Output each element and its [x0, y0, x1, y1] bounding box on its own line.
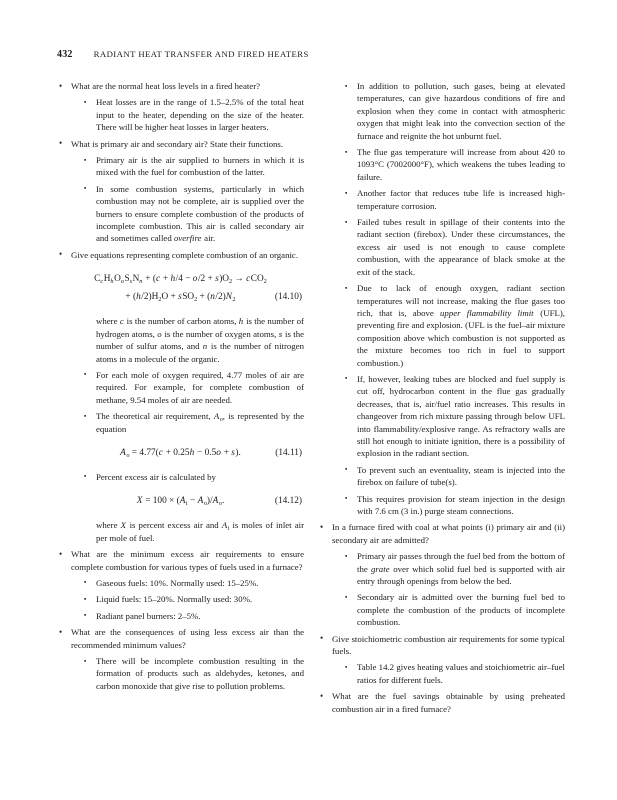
two-column-body: •What are the normal heat loss levels in… — [57, 76, 572, 715]
question-text: What is primary air and secondary air? S… — [71, 139, 283, 149]
bullet-icon: ▪ — [84, 183, 86, 195]
answer-text: If, however, leaking tubes are blocked a… — [357, 374, 565, 458]
equation-number: (14.11) — [275, 444, 302, 462]
question-text: What are the consequences of using less … — [71, 627, 304, 649]
answer-item: ▪Secondary air is admitted over the burn… — [344, 591, 565, 628]
bullet-icon: • — [320, 521, 323, 533]
bullet-icon: ▪ — [84, 411, 86, 423]
answer-item: ▪Failed tubes result in spillage of thei… — [344, 216, 565, 278]
question-text: What are the fuel savings obtainable by … — [332, 691, 565, 713]
answer-item: ▪Due to lack of enough oxygen, radiant s… — [344, 282, 565, 369]
answer-item: ▪For each mole of oxygen required, 4.77 … — [83, 369, 304, 406]
answer-item: ▪Radiant panel burners: 2–5%. — [83, 610, 304, 622]
answer-text: This requires provision for steam inject… — [357, 494, 565, 516]
answer-item: ▪Table 14.2 gives heating values and sto… — [344, 661, 565, 686]
bullet-icon: ▪ — [84, 97, 86, 109]
answer-text: Gaseous fuels: 10%. Normally used: 15–25… — [96, 578, 258, 588]
bullet-icon: ▪ — [84, 577, 86, 589]
bullet-icon: • — [59, 248, 62, 260]
bullet-icon: ▪ — [84, 594, 86, 606]
bullet-icon: ▪ — [84, 155, 86, 167]
bullet-icon: ▪ — [345, 464, 347, 476]
answer-text: Radiant panel burners: 2–5%. — [96, 611, 201, 621]
answer-text: Table 14.2 gives heating values and stoi… — [357, 662, 565, 684]
answer-text: For each mole of oxygen required, 4.77 m… — [96, 370, 304, 405]
bullet-icon: ▪ — [345, 493, 347, 505]
question-text: Give equations representing complete com… — [71, 250, 298, 260]
answer-item: ▪Heat losses are in the range of 1.5–2.5… — [83, 96, 304, 133]
bullet-icon: ▪ — [345, 373, 347, 385]
answer-text: To prevent such an eventuality, steam is… — [357, 465, 565, 487]
bullet-icon: ▪ — [84, 471, 86, 483]
question-item: •Give equations representing complete co… — [57, 249, 304, 261]
answer-item: ▪Another factor that reduces tube life i… — [344, 187, 565, 212]
answer-text: In addition to pollution, such gases, be… — [357, 81, 565, 141]
question-item: •What are the fuel savings obtainable by… — [318, 690, 565, 715]
bullet-icon: ▪ — [84, 369, 86, 381]
bullet-icon: ▪ — [84, 656, 86, 668]
question-text: Give stoichiometric combustion air requi… — [332, 634, 565, 656]
bullet-icon: ▪ — [345, 592, 347, 604]
answer-text: There will be incomplete combustion resu… — [96, 656, 304, 691]
equation-line: Ao = 4.77(c + 0.25h − 0.5o + s).(14.11) — [57, 444, 304, 462]
answer-text: Primary air passes through the fuel bed … — [357, 551, 565, 586]
page-header: 432RADIANT HEAT TRANSFER AND FIRED HEATE… — [57, 44, 572, 62]
answer-item: ▪In addition to pollution, such gases, b… — [344, 80, 565, 142]
explanation-note: where c is the number of carbon atoms, h… — [96, 315, 304, 365]
answer-item: ▪The theoretical air requirement, Ao, is… — [83, 410, 304, 435]
answer-text: In some combustion systems, particularly… — [96, 184, 304, 244]
question-item: •In a furnace fired with coal at what po… — [318, 521, 565, 546]
answer-text: Heat losses are in the range of 1.5–2.5%… — [96, 97, 304, 132]
answer-item: ▪To prevent such an eventuality, steam i… — [344, 464, 565, 489]
equation-block: CcHhOoSsNn + (c + h/4 − o/2 + s)O2 → cCO… — [57, 270, 304, 306]
bullet-icon: ▪ — [345, 551, 347, 563]
answer-item: ▪If, however, leaking tubes are blocked … — [344, 373, 565, 460]
answer-text: Primary air is the air supplied to burne… — [96, 155, 304, 177]
bullet-icon: ▪ — [345, 662, 347, 674]
question-item: •What is primary air and secondary air? … — [57, 138, 304, 150]
right-column: ▪In addition to pollution, such gases, b… — [318, 76, 565, 715]
bullet-icon: ▪ — [345, 147, 347, 159]
question-item: •What are the minimum excess air require… — [57, 548, 304, 573]
question-text: What are the normal heat loss levels in … — [71, 81, 260, 91]
answer-item: ▪Primary air is the air supplied to burn… — [83, 154, 304, 179]
running-title: RADIANT HEAT TRANSFER AND FIRED HEATERS — [94, 49, 309, 59]
bullet-icon: • — [59, 80, 62, 92]
explanation-note: where X is percent excess air and Ai is … — [96, 519, 304, 544]
bullet-icon: ▪ — [345, 283, 347, 295]
answer-text: The theoretical air requirement, Ao, is … — [96, 411, 304, 433]
answer-item: ▪The flue gas temperature will increase … — [344, 146, 565, 183]
answer-item: ▪Gaseous fuels: 10%. Normally used: 15–2… — [83, 577, 304, 589]
bullet-icon: ▪ — [345, 217, 347, 229]
answer-text: Another factor that reduces tube life is… — [357, 188, 565, 210]
answer-text: Due to lack of enough oxygen, radiant se… — [357, 283, 565, 367]
bullet-icon: ▪ — [84, 610, 86, 622]
equation-text: CcHhOoSsNn + (c + h/4 − o/2 + s)O2 → cCO… — [94, 274, 267, 284]
bullet-icon: • — [320, 690, 323, 702]
bullet-icon: • — [59, 626, 62, 638]
bullet-icon: • — [59, 137, 62, 149]
answer-item: ▪This requires provision for steam injec… — [344, 493, 565, 518]
equation-line: X = 100 × (Ai − Ao)/Ao.(14.12) — [57, 492, 304, 510]
page-number: 432 — [57, 49, 73, 60]
equation-line: CcHhOoSsNn + (c + h/4 − o/2 + s)O2 → cCO… — [57, 270, 304, 288]
left-column: •What are the normal heat loss levels in… — [57, 76, 304, 715]
question-text: What are the minimum excess air requirem… — [71, 549, 304, 571]
answer-item: ▪Percent excess air is calculated by — [83, 471, 304, 483]
question-item: •What are the normal heat loss levels in… — [57, 80, 304, 92]
equation-text: Ao = 4.77(c + 0.25h − 0.5o + s). — [120, 448, 241, 458]
answer-item: ▪There will be incomplete combustion res… — [83, 655, 304, 692]
bullet-icon: ▪ — [345, 188, 347, 200]
answer-text: Failed tubes result in spillage of their… — [357, 217, 565, 277]
answer-item: ▪Primary air passes through the fuel bed… — [344, 550, 565, 587]
answer-text: Liquid fuels: 15–20%. Normally used: 30%… — [96, 594, 252, 604]
equation-number: (14.12) — [275, 492, 302, 510]
equation-block: X = 100 × (Ai − Ao)/Ao.(14.12) — [57, 492, 304, 510]
bullet-icon: ▪ — [345, 81, 347, 93]
answer-item: ▪Liquid fuels: 15–20%. Normally used: 30… — [83, 593, 304, 605]
equation-block: Ao = 4.77(c + 0.25h − 0.5o + s).(14.11) — [57, 444, 304, 462]
equation-number: (14.10) — [275, 288, 302, 306]
question-item: •Give stoichiometric combustion air requ… — [318, 633, 565, 658]
answer-text: The flue gas temperature will increase f… — [357, 147, 565, 182]
equation-text: + (h/2)H2O + sSO2 + (n/2)N2 — [125, 292, 235, 302]
question-item: •What are the consequences of using less… — [57, 626, 304, 651]
equation-text: X = 100 × (Ai − Ao)/Ao. — [137, 496, 225, 506]
answer-item: ▪In some combustion systems, particularl… — [83, 183, 304, 245]
question-text: In a furnace fired with coal at what poi… — [332, 522, 565, 544]
book-page: 432RADIANT HEAT TRANSFER AND FIRED HEATE… — [0, 0, 617, 800]
bullet-icon: • — [59, 548, 62, 560]
equation-line: + (h/2)H2O + sSO2 + (n/2)N2(14.10) — [57, 288, 304, 306]
answer-text: Secondary air is admitted over the burni… — [357, 592, 565, 627]
answer-text: Percent excess air is calculated by — [96, 472, 216, 482]
bullet-icon: • — [320, 632, 323, 644]
